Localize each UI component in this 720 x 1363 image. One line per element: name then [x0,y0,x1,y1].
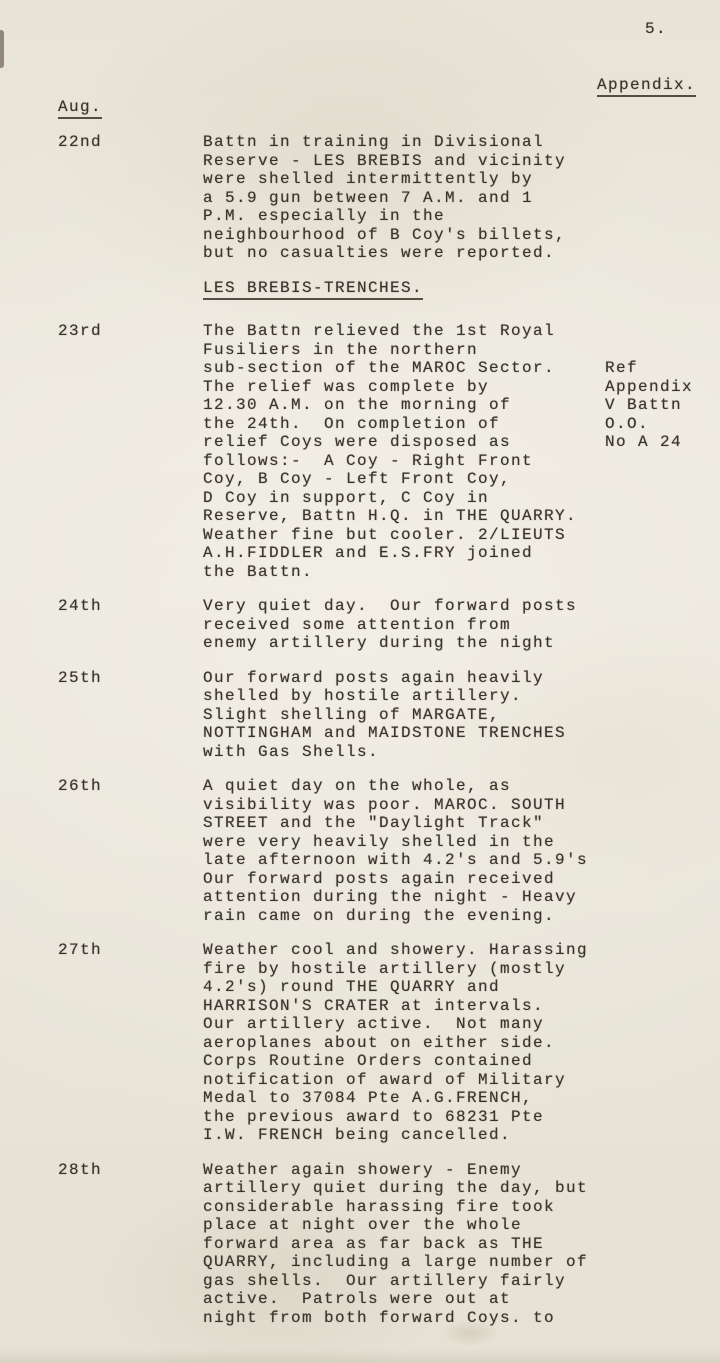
entry-body: Our forward posts again heavily shelled … [203,669,605,762]
month-label-text: Aug. [58,98,102,119]
entry-body: Weather again showery - Enemy artillery … [203,1161,605,1328]
diary-entry-24th: 24th Very quiet day. Our forward posts r… [0,597,720,653]
section-heading: LES BREBIS-TRENCHES. [203,279,423,301]
entry-body: Weather cool and showery. Harassing fire… [203,941,605,1145]
diary-entries: 22nd Battn in training in Divisional Res… [0,133,720,1343]
entry-date: 26th [0,777,203,796]
war-diary-page: 5. Appendix. Aug. 22nd Battn in training… [0,0,720,1363]
page-number: 5. [645,20,667,39]
entry-body: Battn in training in Divisional Reserve … [203,133,605,263]
diary-entry-22nd: 22nd Battn in training in Divisional Res… [0,133,720,263]
diary-entry-25th: 25th Our forward posts again heavily she… [0,669,720,762]
diary-entry-28th: 28th Weather again showery - Enemy artil… [0,1161,720,1328]
entry-body: Very quiet day. Our forward posts receiv… [203,597,605,653]
entry-date: 25th [0,669,203,688]
entry-body: The Battn relieved the 1st Royal Fusilie… [203,322,605,581]
paper-bottom-shade [0,1349,720,1363]
diary-entry-27th: 27th Weather cool and showery. Harassing… [0,941,720,1145]
entry-date: 23rd [0,322,203,341]
section-heading-row: LES BREBIS-TRENCHES. [0,279,720,301]
entry-date: 27th [0,941,203,960]
section-heading-cell: LES BREBIS-TRENCHES. [203,279,605,301]
entry-body: A quiet day on the whole, as visibility … [203,777,605,925]
diary-entry-26th: 26th A quiet day on the whole, as visibi… [0,777,720,925]
margin-note-appendix-ref: Ref Appendix V Battn O.O. No A 24 [605,322,720,452]
diary-entry-23rd: 23rd The Battn relieved the 1st Royal Fu… [0,322,720,581]
entry-date: 28th [0,1161,203,1180]
paper-edge-smudge [0,30,4,68]
appendix-heading: Appendix. [597,76,696,95]
appendix-heading-text: Appendix. [597,76,696,97]
entry-date: 24th [0,597,203,616]
month-label: Aug. [58,98,102,117]
entry-date: 22nd [0,133,203,152]
